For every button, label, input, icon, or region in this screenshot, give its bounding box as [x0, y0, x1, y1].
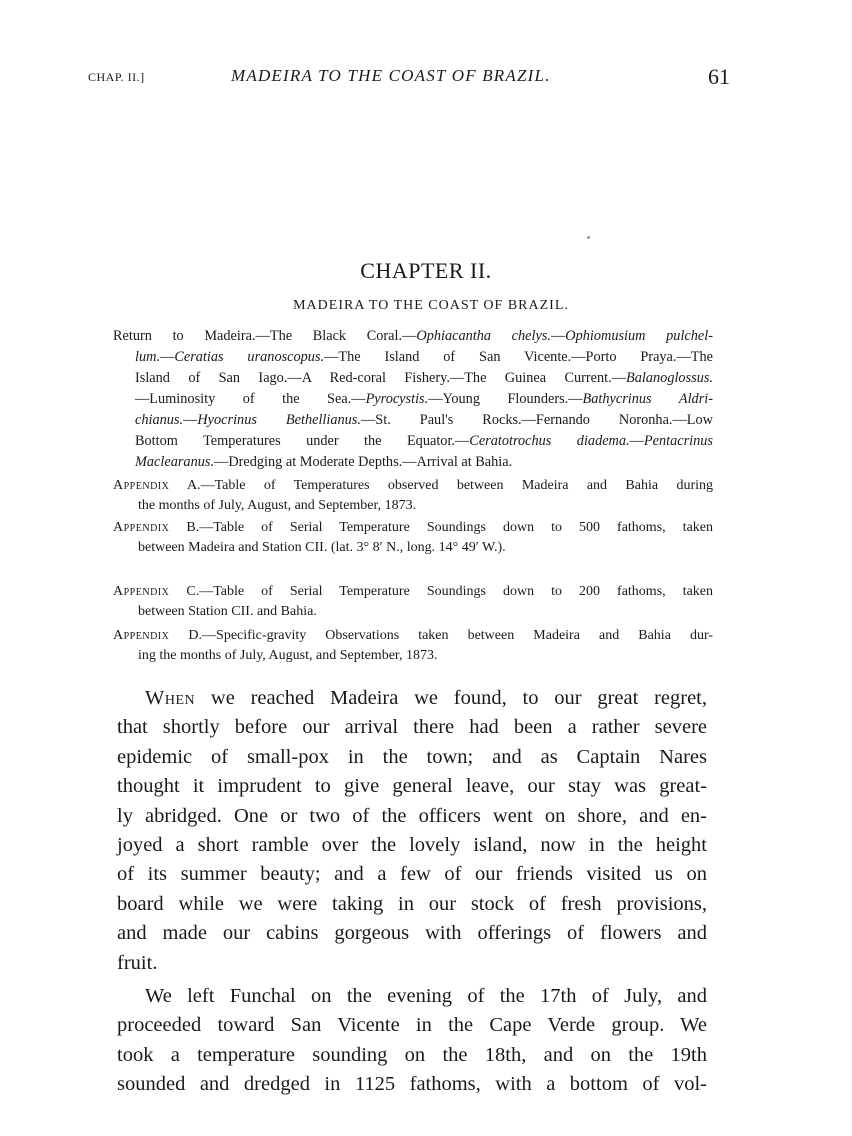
running-head: CHAP. II.] MADEIRA TO THE COAST OF BRAZI… — [88, 62, 718, 92]
appendix-d: Appendix D.—Specific-gravity Observation… — [113, 626, 713, 666]
body-text: When we reached Madeira we found, to our… — [117, 684, 707, 1100]
appendix-b: Appendix B.—Table of Serial Temperature … — [113, 518, 713, 558]
synopsis-line: Bottom Temperatures under the Equator.—C… — [113, 431, 713, 452]
synopsis-line: chianus.—Hyocrinus Bethellianus.—St. Pau… — [113, 410, 713, 431]
appendix-label: Appendix — [113, 478, 169, 493]
body-line: thought it imprudent to give general lea… — [117, 772, 707, 801]
body-line: board while we were taking in our stock … — [117, 890, 707, 919]
body-line: We left Funchal on the evening of the 17… — [117, 982, 707, 1011]
chapter-title: CHAPTER II. — [0, 258, 852, 284]
synopsis-line: Return to Madeira.—The Black Coral.—Ophi… — [113, 326, 713, 347]
running-head-chapter: CHAP. II.] — [88, 70, 145, 85]
body-line: took a temperature sounding on the 18th,… — [117, 1041, 707, 1070]
chapter-synopsis: Return to Madeira.—The Black Coral.—Ophi… — [113, 326, 713, 473]
body-line: and made our cabins gorgeous with offeri… — [117, 919, 707, 948]
appendix-c: Appendix C.—Table of Serial Temperature … — [113, 582, 713, 622]
body-line: epidemic of small-pox in the town; and a… — [117, 743, 707, 772]
synopsis-line: Maclearanus.—Dredging at Moderate Depths… — [113, 452, 713, 473]
paragraph-2: We left Funchal on the evening of the 17… — [117, 982, 707, 1100]
page-number: 61 — [708, 64, 730, 90]
synopsis-line: Island of San Iago.—A Red-coral Fishery.… — [113, 368, 713, 389]
body-line: proceeded toward San Vicente in the Cape… — [117, 1011, 707, 1040]
paragraph-1: When we reached Madeira we found, to our… — [117, 684, 707, 978]
appendix-label: Appendix — [113, 628, 169, 643]
appendix-label: Appendix — [113, 520, 169, 535]
running-head-title: MADEIRA TO THE COAST OF BRAZIL. — [231, 66, 551, 86]
body-line: sounded and dredged in 1125 fathoms, wit… — [117, 1070, 707, 1099]
body-line: fruit. — [117, 949, 707, 978]
chapter-subtitle: MADEIRA TO THE COAST OF BRAZIL. — [0, 298, 852, 314]
synopsis-line: —Luminosity of the Sea.—Pyrocystis.—Youn… — [113, 389, 713, 410]
body-line: When we reached Madeira we found, to our… — [117, 684, 707, 713]
drop-word: When — [145, 687, 195, 709]
print-speck — [587, 236, 590, 239]
body-line: that shortly before our arrival there ha… — [117, 713, 707, 742]
appendix-a: Appendix A.—Table of Temperatures observ… — [113, 476, 713, 516]
body-line: ly abridged. One or two of the officers … — [117, 802, 707, 831]
synopsis-line: lum.—Ceratias uranoscopus.—The Island of… — [113, 347, 713, 368]
body-line: of its summer beauty; and a few of our f… — [117, 860, 707, 889]
appendix-label: Appendix — [113, 584, 169, 599]
body-line: joyed a short ramble over the lovely isl… — [117, 831, 707, 860]
